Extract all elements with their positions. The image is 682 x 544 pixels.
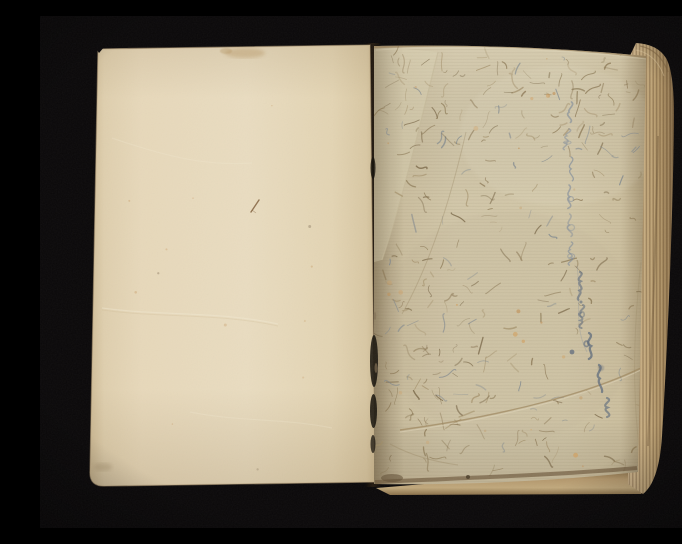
photo-of-open-book — [40, 16, 682, 528]
book-photo-canvas — [40, 16, 682, 528]
photo-grain — [40, 16, 682, 528]
